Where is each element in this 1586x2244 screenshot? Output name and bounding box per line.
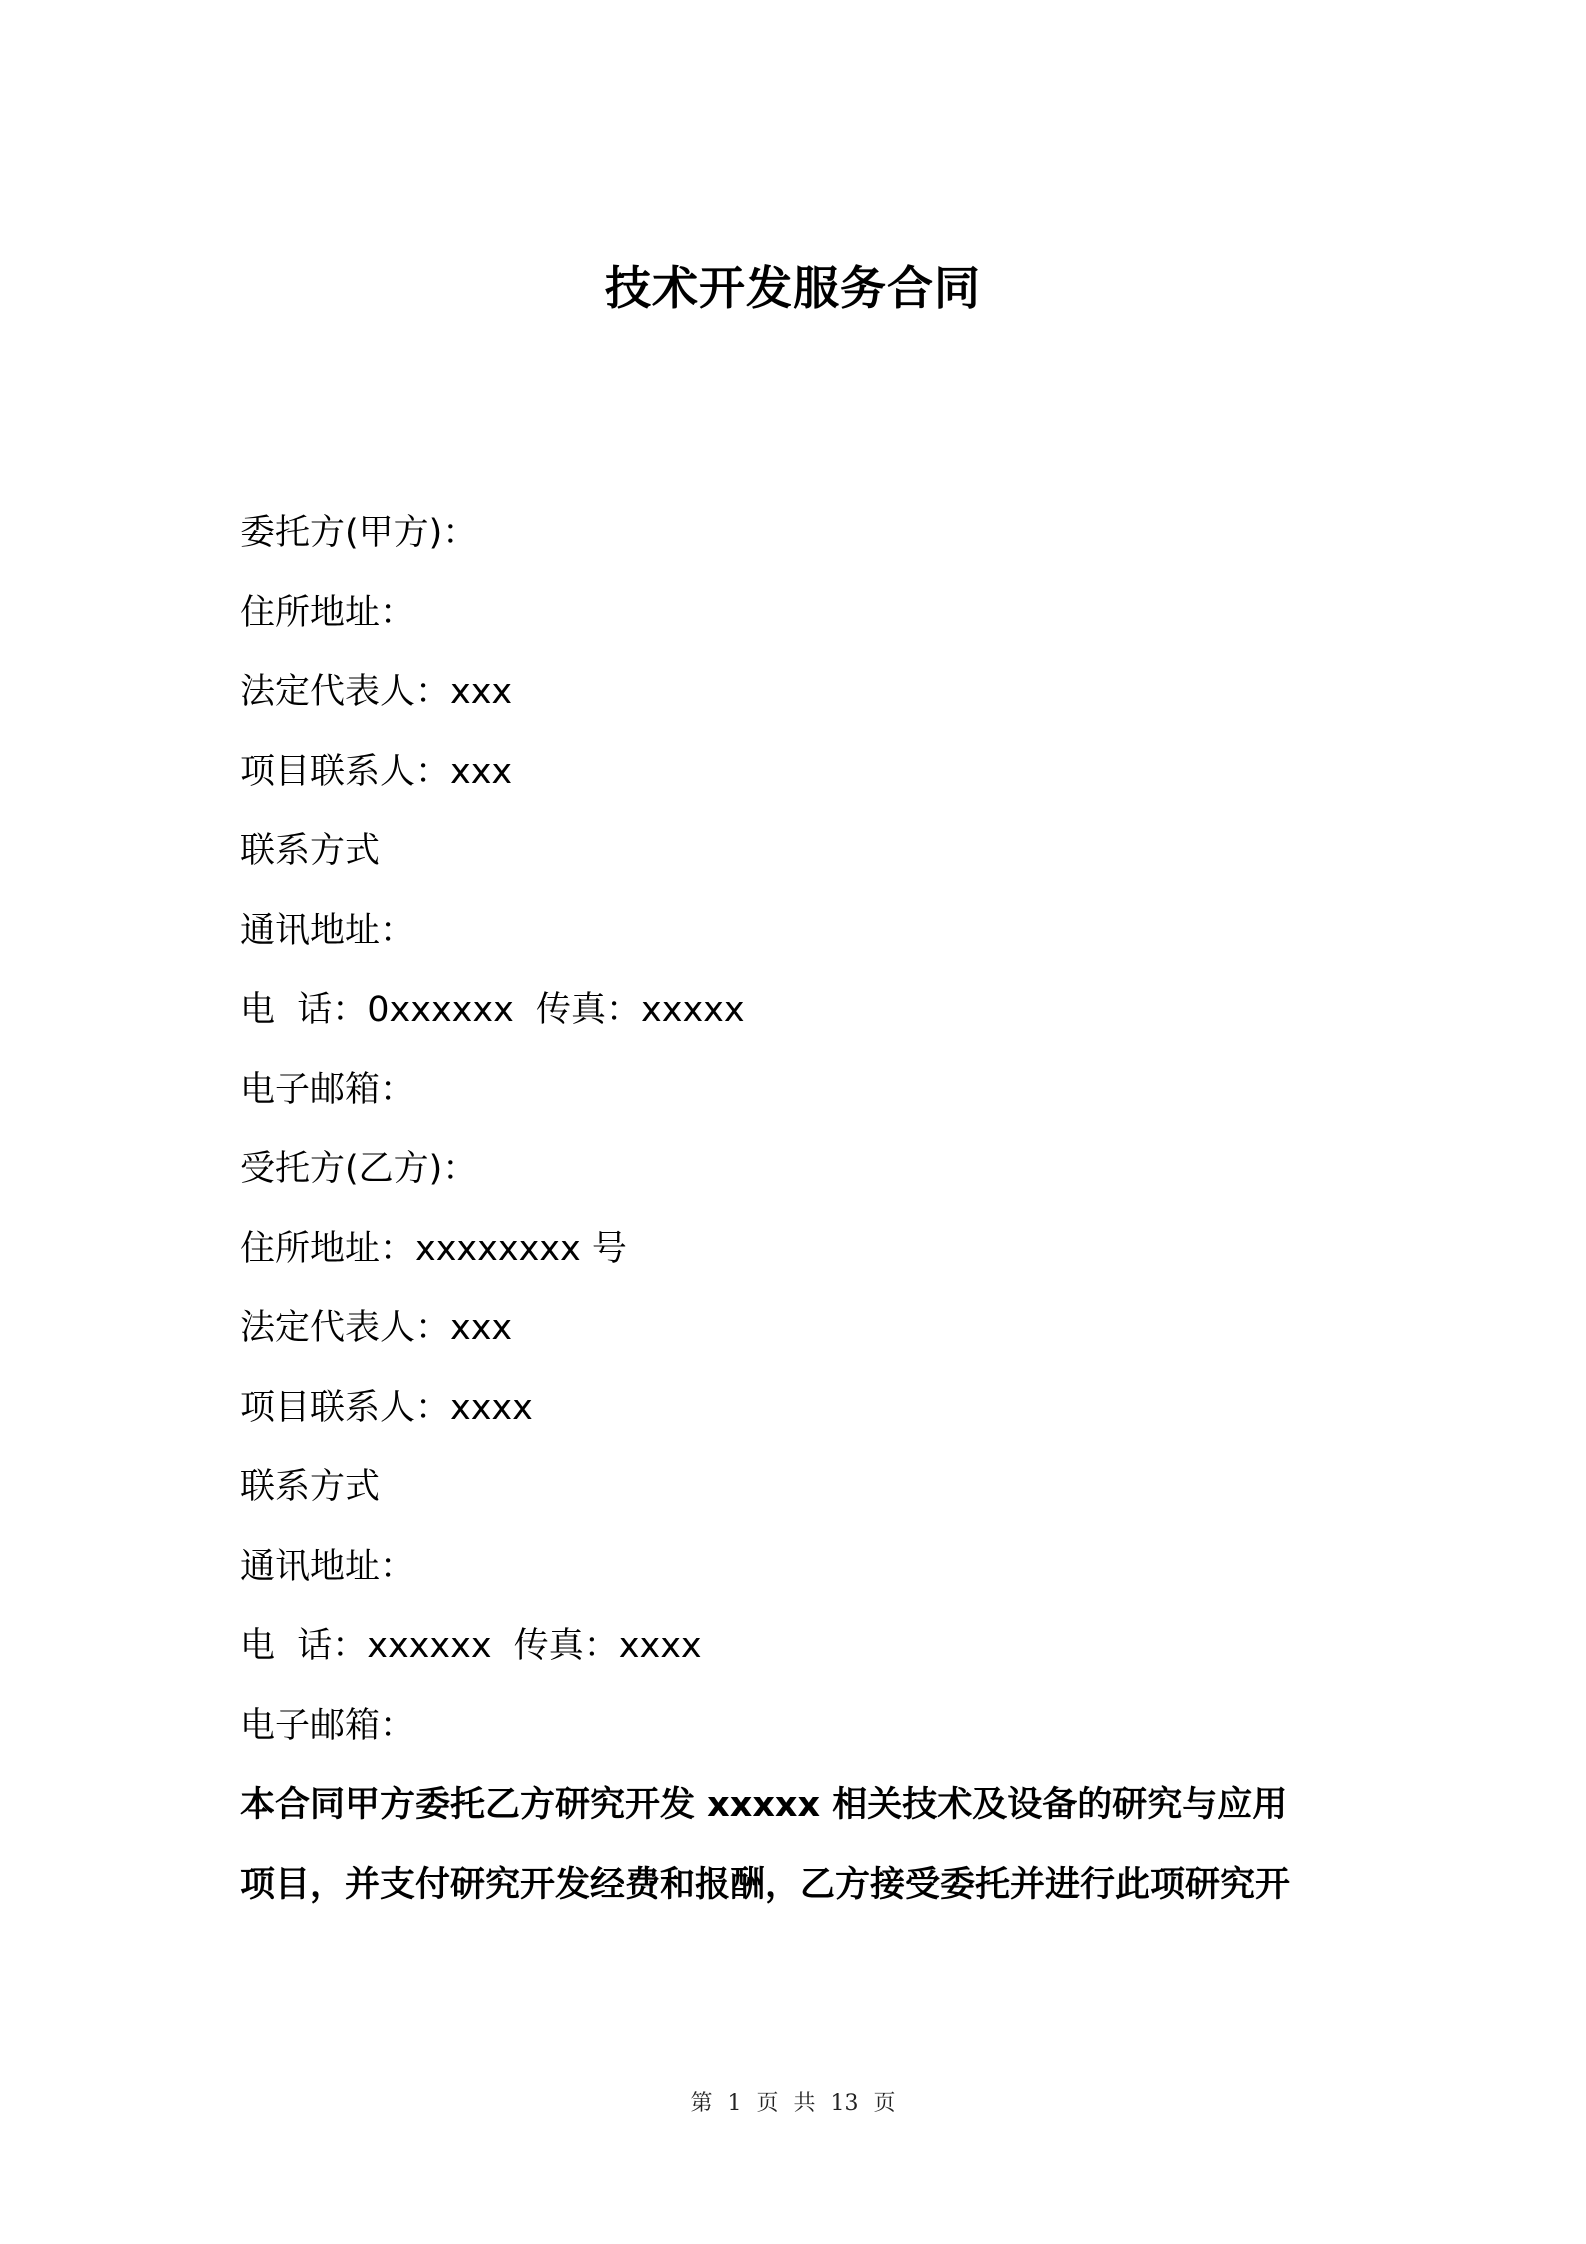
party-a-phone-fax: 电 话：0xxxxxx 传真：xxxxx <box>240 971 1370 1051</box>
contract-paragraph-line: 本合同甲方委托乙方研究开发 xxxxx 相关技术及设备的研究与应用 <box>240 1766 1370 1846</box>
party-a-project-contact: 项目联系人：xxx <box>240 733 1370 813</box>
party-b-header: 受托方(乙方)： <box>240 1130 1370 1210</box>
document-title: 技术开发服务合同 <box>0 258 1586 318</box>
party-a-contact-method: 联系方式 <box>240 812 1370 892</box>
party-b-phone-fax: 电 话：xxxxxx 传真：xxxx <box>240 1607 1370 1687</box>
party-a-header: 委托方(甲方)： <box>240 494 1370 574</box>
party-a-email: 电子邮箱： <box>240 1051 1370 1131</box>
party-b-legal-rep: 法定代表人：xxx <box>240 1289 1370 1369</box>
party-a-mailing-address: 通讯地址： <box>240 892 1370 972</box>
party-a-legal-rep: 法定代表人：xxx <box>240 653 1370 733</box>
party-b-project-contact: 项目联系人：xxxx <box>240 1369 1370 1449</box>
page-indicator: 第 1 页 共 13 页 <box>0 2086 1586 2117</box>
document-body: 委托方(甲方)： 住所地址： 法定代表人：xxx 项目联系人：xxx 联系方式 … <box>240 494 1370 1925</box>
party-a-address: 住所地址： <box>240 574 1370 654</box>
party-b-mailing-address: 通讯地址： <box>240 1528 1370 1608</box>
party-b-contact-method: 联系方式 <box>240 1448 1370 1528</box>
party-b-address: 住所地址：xxxxxxxx 号 <box>240 1210 1370 1290</box>
party-b-email: 电子邮箱： <box>240 1687 1370 1767</box>
contract-paragraph-line: 项目，并支付研究开发经费和报酬，乙方接受委托并进行此项研究开 <box>240 1846 1370 1926</box>
